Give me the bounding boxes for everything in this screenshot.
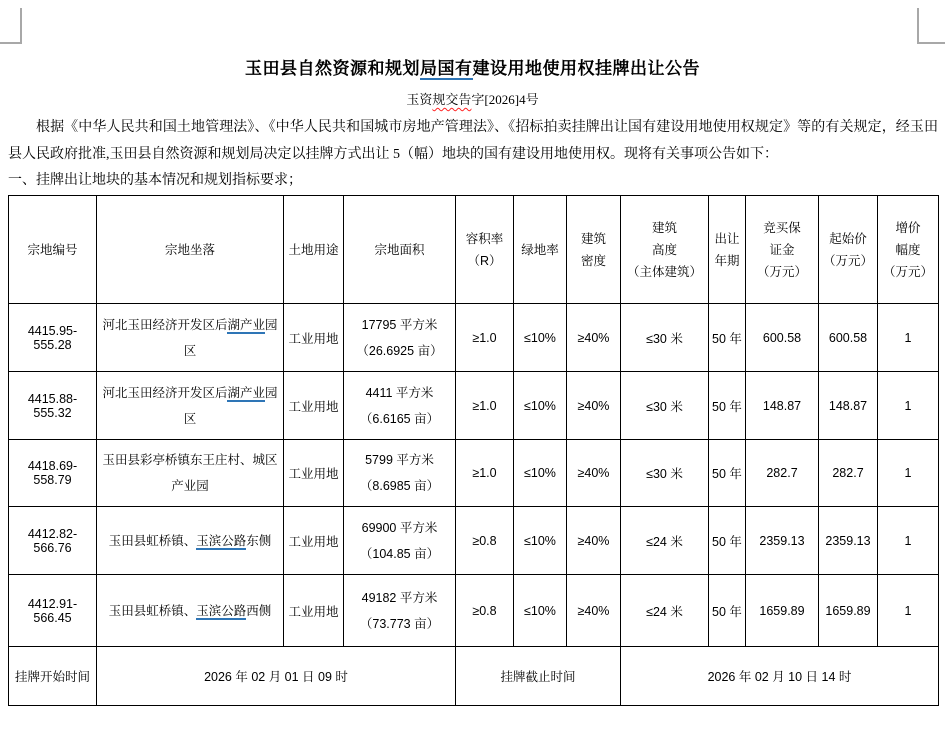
deposit-cell: 600.58 (746, 304, 819, 372)
start-price-cell: 282.7 (819, 440, 878, 507)
table-row: 4415.88-555.32河北玉田经济开发区后湖产业园区工业用地4411 平方… (9, 372, 939, 440)
increment-cell: 1 (878, 440, 939, 507)
far-cell: ≥0.8 (456, 575, 514, 647)
height-cell: ≤24 米 (621, 507, 709, 575)
location-underlined-text: 湖产业 (227, 318, 265, 334)
height-cell: ≤30 米 (621, 440, 709, 507)
green-rate-cell: ≤10% (514, 440, 567, 507)
column-header: 竞买保 证金 （万元） (746, 196, 819, 304)
column-header: 土地用途 (284, 196, 344, 304)
location-cell: 玉田县彩亭桥镇东王庄村、城区产业园 (97, 440, 284, 507)
green-rate-cell: ≤10% (514, 304, 567, 372)
parcel-id-cell: 4418.69-558.79 (9, 440, 97, 507)
table-header-row: 宗地编号宗地坐落土地用途宗地面积容积率 （R）绿地率建筑 密度建筑 高度 （主体… (9, 196, 939, 304)
area-cell: 69900 平方米 （104.85 亩） (344, 507, 456, 575)
deposit-cell: 2359.13 (746, 507, 819, 575)
parcel-id-cell: 4412.82-566.76 (9, 507, 97, 575)
listing-time-row: 挂牌开始时间2026 年 02 月 01 日 09 时挂牌截止时间2026 年 … (9, 647, 939, 706)
start-price-cell: 600.58 (819, 304, 878, 372)
land-use-cell: 工业用地 (284, 304, 344, 372)
term-cell: 50 年 (709, 575, 746, 647)
density-cell: ≥40% (567, 304, 621, 372)
column-header: 建筑 高度 （主体建筑） (621, 196, 709, 304)
start-price-cell: 148.87 (819, 372, 878, 440)
column-header: 宗地坐落 (97, 196, 284, 304)
land-use-cell: 工业用地 (284, 507, 344, 575)
title-text: 玉田县自然资源和规划 (245, 59, 420, 78)
area-cell: 49182 平方米 （73.773 亩） (344, 575, 456, 647)
location-cell: 河北玉田经济开发区后湖产业园区 (97, 304, 284, 372)
location-cell: 玉田县虹桥镇、玉滨公路东侧 (97, 507, 284, 575)
deposit-cell: 1659.89 (746, 575, 819, 647)
land-use-cell: 工业用地 (284, 372, 344, 440)
column-header: 增价 幅度 （万元） (878, 196, 939, 304)
term-cell: 50 年 (709, 304, 746, 372)
column-header: 容积率 （R） (456, 196, 514, 304)
section-heading: 一、挂牌出让地块的基本情况和规划指标要求； (8, 170, 938, 192)
listing-end-label: 挂牌截止时间 (456, 647, 621, 706)
column-header: 宗地编号 (9, 196, 97, 304)
table-row: 4412.82-566.76玉田县虹桥镇、玉滨公路东侧工业用地69900 平方米… (9, 507, 939, 575)
column-header: 宗地面积 (344, 196, 456, 304)
far-cell: ≥1.0 (456, 440, 514, 507)
doc-number-text-tail: 字[2026]4号 (471, 92, 538, 107)
far-cell: ≥0.8 (456, 507, 514, 575)
parcel-id-cell: 4412.91-566.45 (9, 575, 97, 647)
parcel-id-cell: 4415.95-555.28 (9, 304, 97, 372)
start-price-cell: 2359.13 (819, 507, 878, 575)
area-cell: 5799 平方米 （8.6985 亩） (344, 440, 456, 507)
location-underlined-text: 玉滨公路 (196, 604, 246, 620)
document-page: 玉田县自然资源和规划局国有建设用地使用权挂牌出让公告 玉资规交告字[2026]4… (0, 0, 945, 735)
green-rate-cell: ≤10% (514, 575, 567, 647)
green-rate-cell: ≤10% (514, 372, 567, 440)
page-title: 玉田县自然资源和规划局国有建设用地使用权挂牌出让公告 (0, 57, 945, 81)
column-header: 绿地率 (514, 196, 567, 304)
land-use-cell: 工业用地 (284, 440, 344, 507)
title-text-tail: 建设用地使用权挂牌出让公告 (473, 59, 701, 78)
column-header: 建筑 密度 (567, 196, 621, 304)
density-cell: ≥40% (567, 372, 621, 440)
increment-cell: 1 (878, 372, 939, 440)
land-parcel-table: 宗地编号宗地坐落土地用途宗地面积容积率 （R）绿地率建筑 密度建筑 高度 （主体… (8, 195, 939, 706)
area-cell: 17795 平方米 （26.6925 亩） (344, 304, 456, 372)
table-row: 4412.91-566.45玉田县虹桥镇、玉滨公路西侧工业用地49182 平方米… (9, 575, 939, 647)
far-cell: ≥1.0 (456, 304, 514, 372)
crop-mark-top-left-icon (0, 8, 22, 44)
height-cell: ≤24 米 (621, 575, 709, 647)
location-cell: 玉田县虹桥镇、玉滨公路西侧 (97, 575, 284, 647)
deposit-cell: 282.7 (746, 440, 819, 507)
column-header: 起始价 （万元） (819, 196, 878, 304)
density-cell: ≥40% (567, 575, 621, 647)
parcel-id-cell: 4415.88-555.32 (9, 372, 97, 440)
height-cell: ≤30 米 (621, 304, 709, 372)
area-cell: 4411 平方米 （6.6165 亩） (344, 372, 456, 440)
increment-cell: 1 (878, 507, 939, 575)
listing-start-time: 2026 年 02 月 01 日 09 时 (97, 647, 456, 706)
crop-mark-top-right-icon (917, 8, 945, 44)
increment-cell: 1 (878, 304, 939, 372)
column-header: 出让 年期 (709, 196, 746, 304)
listing-start-label: 挂牌开始时间 (9, 647, 97, 706)
increment-cell: 1 (878, 575, 939, 647)
deposit-cell: 148.87 (746, 372, 819, 440)
term-cell: 50 年 (709, 507, 746, 575)
location-underlined-text: 湖产业 (227, 386, 265, 402)
title-grammar-underline-segment: 局国有 (420, 59, 473, 80)
height-cell: ≤30 米 (621, 372, 709, 440)
term-cell: 50 年 (709, 440, 746, 507)
land-use-cell: 工业用地 (284, 575, 344, 647)
density-cell: ≥40% (567, 440, 621, 507)
start-price-cell: 1659.89 (819, 575, 878, 647)
doc-number-spellcheck-segment: 规交告 (432, 92, 471, 107)
location-underlined-text: 玉滨公路 (196, 534, 246, 550)
term-cell: 50 年 (709, 372, 746, 440)
doc-number: 玉资规交告字[2026]4号 (0, 92, 945, 108)
green-rate-cell: ≤10% (514, 507, 567, 575)
intro-paragraph: 根据《中华人民共和国土地管理法》、《中华人民共和国城市房地产管理法》、《招标拍卖… (8, 114, 938, 168)
table-row: 4418.69-558.79玉田县彩亭桥镇东王庄村、城区产业园工业用地5799 … (9, 440, 939, 507)
density-cell: ≥40% (567, 507, 621, 575)
far-cell: ≥1.0 (456, 372, 514, 440)
listing-end-time: 2026 年 02 月 10 日 14 时 (621, 647, 939, 706)
doc-number-text: 玉资 (406, 92, 432, 107)
location-cell: 河北玉田经济开发区后湖产业园区 (97, 372, 284, 440)
table-row: 4415.95-555.28河北玉田经济开发区后湖产业园区工业用地17795 平… (9, 304, 939, 372)
